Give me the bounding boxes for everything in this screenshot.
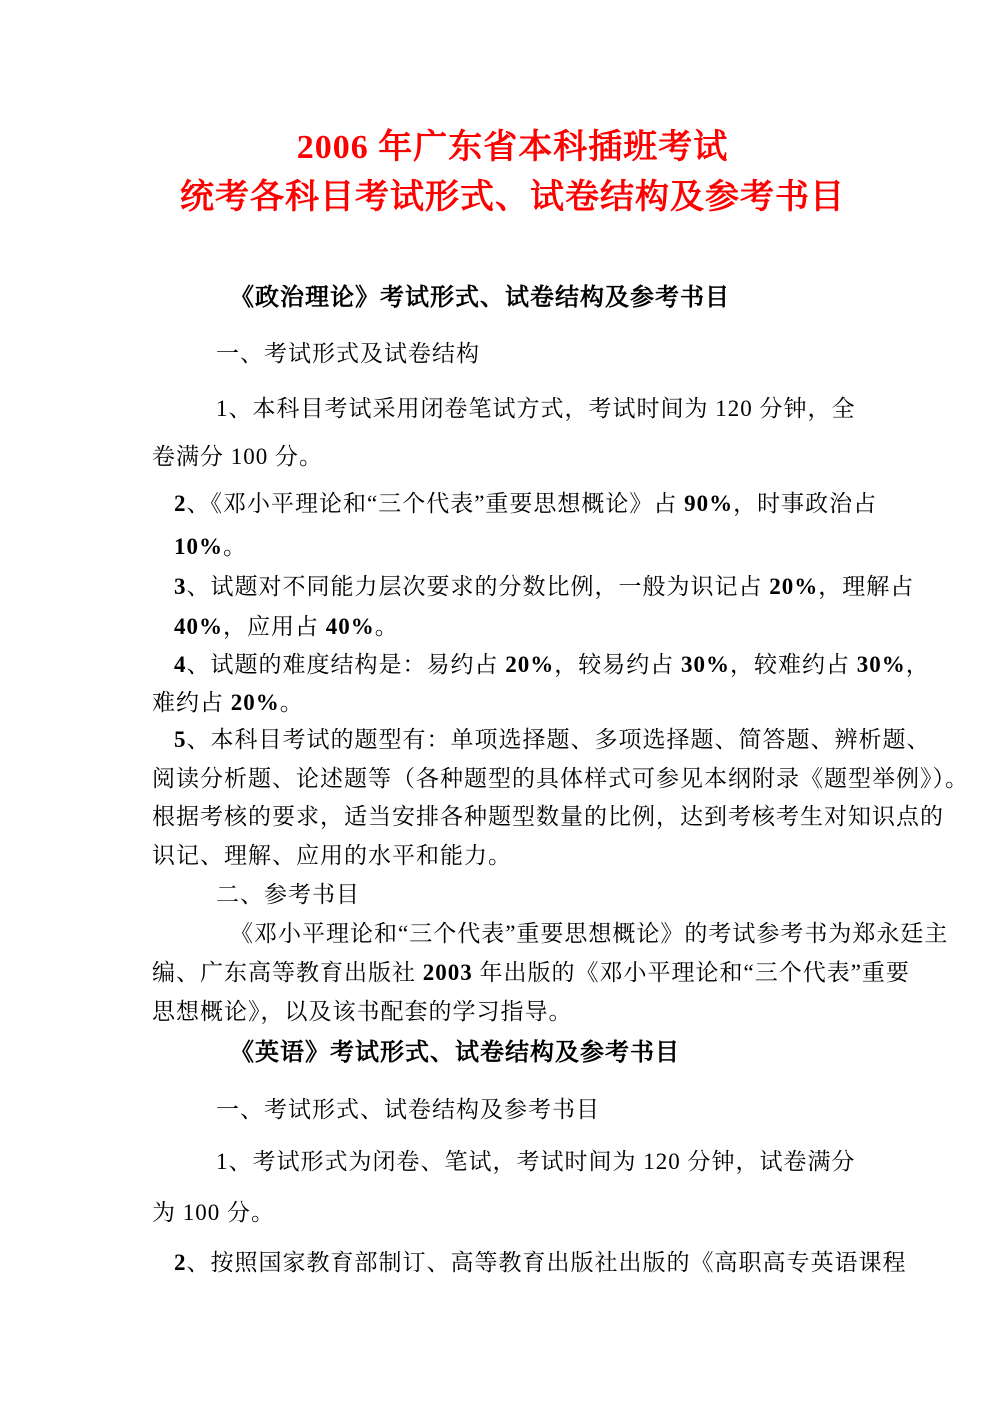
politics-subheading-2: 二、参考书目 bbox=[216, 881, 873, 908]
politics-ref-line3: 思想概论》，以及该书配套的学习指导。 bbox=[152, 998, 873, 1025]
politics-item4-line2: 难约占 20%。 bbox=[152, 689, 873, 716]
politics-item5-line3: 根据考核的要求，适当安排各种题型数量的比例，达到考核考生对知识点的 bbox=[152, 803, 873, 830]
politics-item3-line1: 3、试题对不同能力层次要求的分数比例，一般为识记占 20%，理解占 bbox=[174, 573, 873, 600]
title-line-2: 统考各科目考试形式、试卷结构及参考书目 bbox=[152, 178, 873, 218]
politics-item2-line2: 10%。 bbox=[174, 533, 873, 560]
document-title: 2006 年广东省本科插班考试 统考各科目考试形式、试卷结构及参考书目 bbox=[152, 128, 873, 218]
english-item1-line1: 1、考试形式为闭卷、笔试，考试时间为 120 分钟，试卷满分 bbox=[216, 1148, 873, 1175]
english-subheading-1: 一、考试形式、试卷结构及参考书目 bbox=[216, 1096, 873, 1123]
politics-item5-line1: 5、本科目考试的题型有：单项选择题、多项选择题、简答题、辨析题、 bbox=[174, 726, 873, 753]
politics-section-heading: 《政治理论》考试形式、试卷结构及参考书目 bbox=[230, 283, 873, 314]
politics-item3-line2: 40%，应用占 40%。 bbox=[174, 613, 873, 640]
politics-ref-line1: 《邓小平理论和“三个代表”重要思想概论》的考试参考书为郑永廷主 bbox=[230, 920, 873, 947]
politics-item2-line1: 2、《邓小平理论和“三个代表”重要思想概论》占 90%，时事政治占 bbox=[174, 490, 873, 517]
title-line-1: 2006 年广东省本科插班考试 bbox=[152, 128, 873, 168]
english-section-heading: 《英语》考试形式、试卷结构及参考书目 bbox=[230, 1038, 873, 1069]
english-item2-line1: 2、按照国家教育部制订、高等教育出版社出版的《高职高专英语课程 bbox=[174, 1249, 873, 1276]
politics-item1-line2: 卷满分 100 分。 bbox=[152, 443, 873, 470]
english-item1-line2: 为 100 分。 bbox=[152, 1199, 873, 1226]
politics-item5-line4: 识记、理解、应用的水平和能力。 bbox=[152, 842, 873, 869]
politics-ref-line2: 编、广东高等教育出版社 2003 年出版的《邓小平理论和“三个代表”重要 bbox=[152, 959, 873, 986]
politics-item1-line1: 1、本科目考试采用闭卷笔试方式，考试时间为 120 分钟，全 bbox=[216, 395, 873, 422]
document-page: 2006 年广东省本科插班考试 统考各科目考试形式、试卷结构及参考书目 《政治理… bbox=[0, 0, 993, 1404]
politics-item5-line2: 阅读分析题、论述题等（各种题型的具体样式可参见本纲附录《题型举例》）。 bbox=[152, 765, 873, 792]
politics-item4-line1: 4、试题的难度结构是：易约占 20%，较易约占 30%，较难约占 30%， bbox=[174, 651, 873, 678]
politics-subheading-1: 一、考试形式及试卷结构 bbox=[216, 340, 873, 367]
